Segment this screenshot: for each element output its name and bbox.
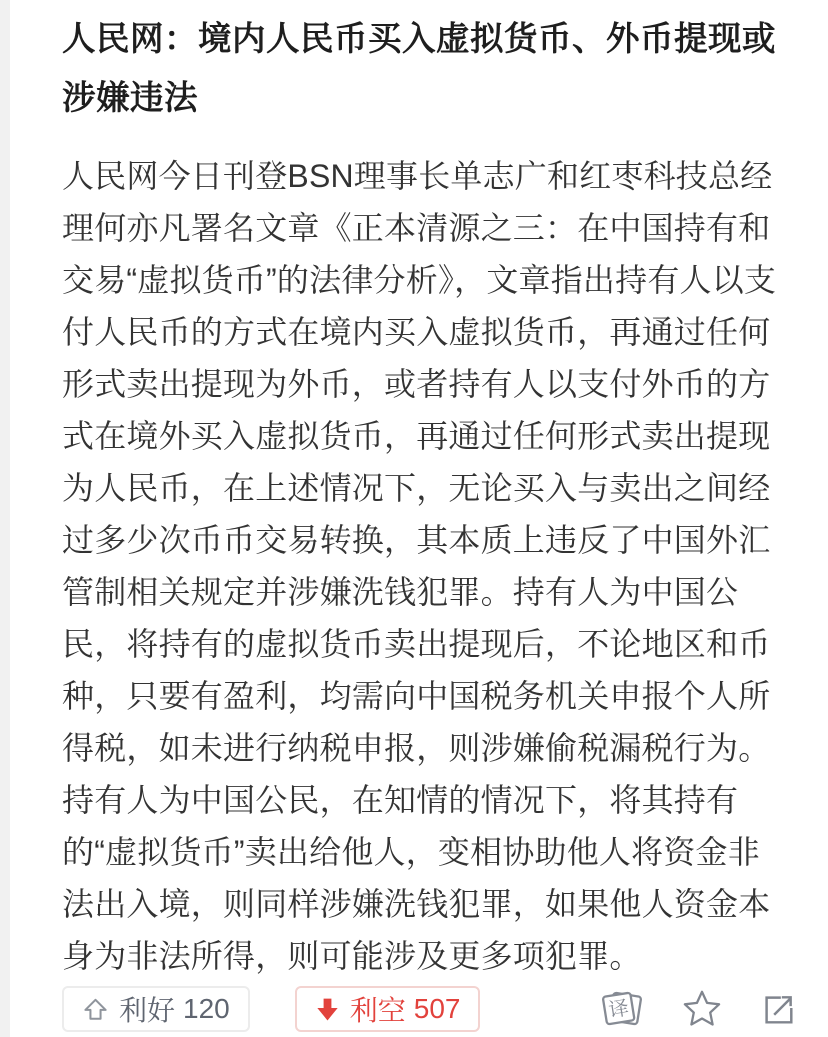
reaction-button-group: 利好 120 利空 507: [62, 986, 480, 1032]
arrow-up-outline-icon: [82, 996, 109, 1023]
article-body-text: 人民网今日刊登BSN理事长单志广和红枣科技总经理何亦凡署名文章《正本清源之三：在…: [62, 150, 792, 982]
translate-glyph: 译: [607, 996, 630, 1022]
bullish-count: 120: [183, 993, 230, 1025]
bearish-count: 507: [414, 993, 461, 1025]
bearish-vote-button[interactable]: 利空 507: [295, 986, 481, 1032]
left-edge-strip: [0, 0, 10, 1037]
action-icon-group: 译: [599, 986, 797, 1032]
bullish-vote-button[interactable]: 利好 120: [62, 986, 250, 1032]
article-screen: 人民网：境内人民币买入虚拟货币、外币提现或涉嫌违法 人民网今日刊登BSN理事长单…: [0, 0, 828, 1037]
article-title: 人民网：境内人民币买入虚拟货币、外币提现或涉嫌违法: [62, 0, 792, 128]
article-footer-bar: 利好 120 利空 507 译: [62, 985, 797, 1033]
article-content: 人民网：境内人民币买入虚拟货币、外币提现或涉嫌违法 人民网今日刊登BSN理事长单…: [62, 0, 792, 982]
translate-icon: 译: [599, 986, 645, 1032]
share-button[interactable]: [759, 990, 797, 1028]
favorite-button[interactable]: [681, 988, 723, 1030]
bearish-label: 利空: [350, 989, 406, 1029]
share-icon: [759, 990, 797, 1028]
star-icon: [681, 988, 723, 1030]
arrow-down-filled-icon: [315, 996, 340, 1023]
bullish-label: 利好: [119, 989, 175, 1029]
translate-button[interactable]: 译: [599, 986, 645, 1032]
